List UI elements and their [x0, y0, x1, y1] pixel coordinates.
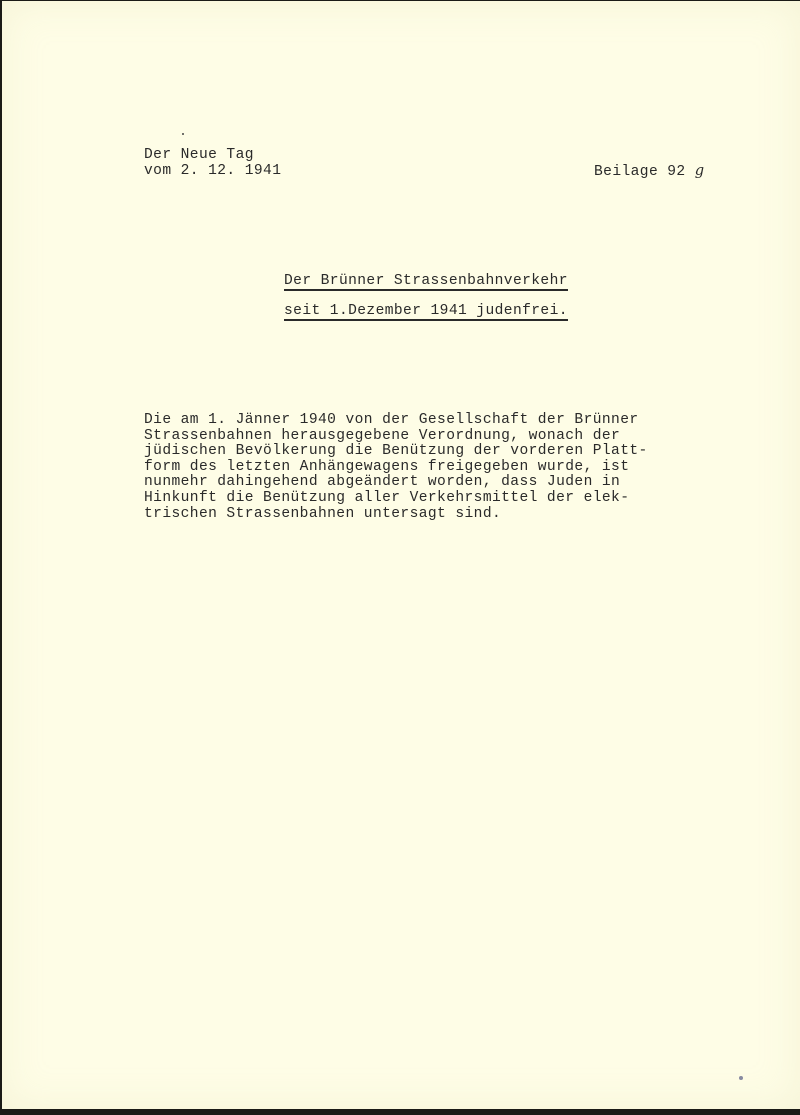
article-body: Die am 1. Jänner 1940 von der Gesellscha…: [144, 413, 648, 522]
body-line: Die am 1. Jänner 1940 von der Gesellscha…: [144, 412, 639, 428]
attachment-label: Beilage 92 g: [594, 163, 705, 181]
headline-line-1: Der Brünner Strassenbahnverkehr: [284, 273, 568, 291]
body-line: Strassenbahnen herausgegebene Verordnung…: [144, 428, 620, 444]
headline-line-2: seit 1.Dezember 1941 judenfrei.: [284, 303, 568, 321]
ink-smudge: [739, 1076, 743, 1080]
body-line: nunmehr dahingehend abgeändert worden, d…: [144, 474, 620, 490]
body-line: jüdischen Bevölkerung die Benützung der …: [144, 443, 648, 459]
body-line: form des letzten Anhängewagens freigegeb…: [144, 459, 629, 475]
source-citation: Der Neue Tag vom 2. 12. 1941: [144, 148, 281, 179]
body-line: trischen Strassenbahnen untersagt sind.: [144, 506, 501, 522]
scan-edge: [0, 1109, 800, 1115]
body-line: Hinkunft die Benützung aller Verkehrsmit…: [144, 490, 629, 506]
attachment-number: Beilage 92: [594, 164, 686, 180]
newspaper-name: Der Neue Tag: [144, 147, 254, 163]
attachment-suffix: g: [695, 162, 705, 179]
document-page: Der Neue Tag vom 2. 12. 1941 Beilage 92 …: [2, 1, 800, 1109]
ink-dot: [182, 133, 184, 135]
newspaper-date: vom 2. 12. 1941: [144, 163, 281, 179]
